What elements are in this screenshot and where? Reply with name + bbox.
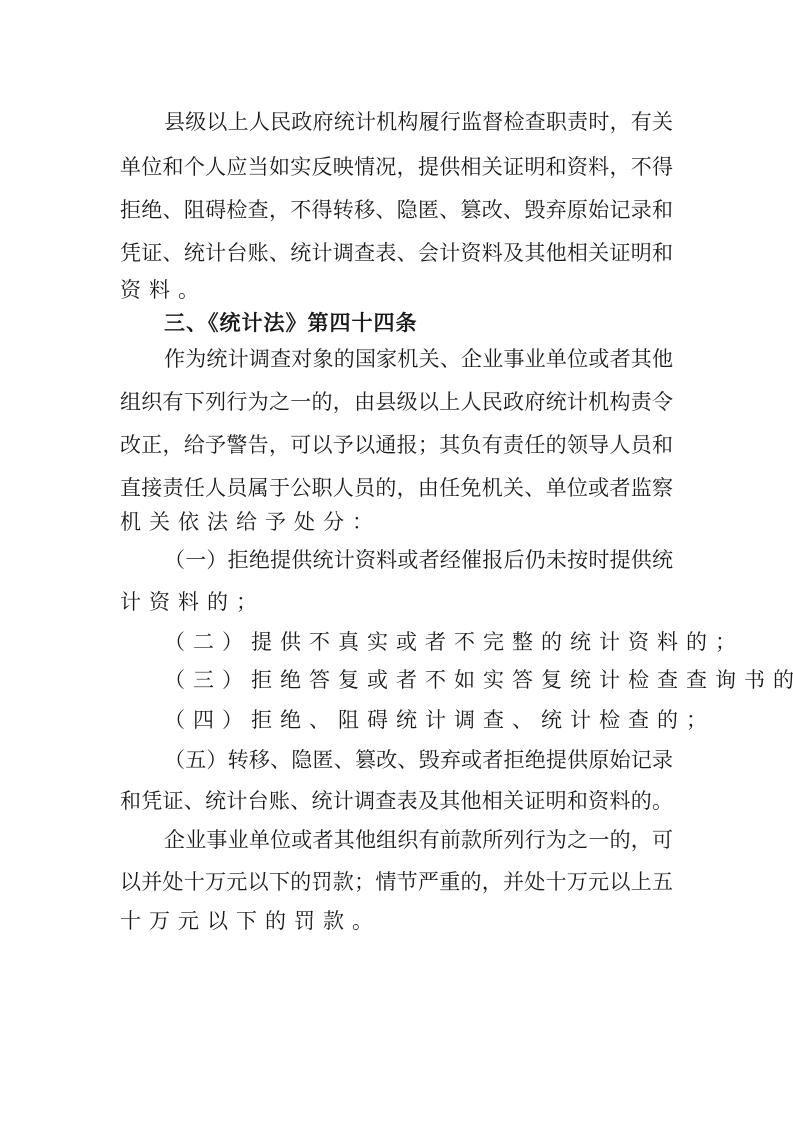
paragraph-line: 组织有下列行为之一的，由县级以上人民政府统计机构责令 xyxy=(120,387,673,417)
list-item-line: 计资料的； xyxy=(120,587,673,617)
document-page: 县级以上人民政府统计机构履行监督检查职责时，有关 单位和个人应当如实反映情况，提… xyxy=(0,0,793,1122)
list-item-line: （一）拒绝提供统计资料或者经催报后仍未按时提供统 xyxy=(164,545,673,575)
paragraph-line: 作为统计调查对象的国家机关、企业事业单位或者其他 xyxy=(164,344,673,374)
list-item-line: （二）提供不真实或者不完整的统计资料的； xyxy=(164,627,673,657)
paragraph-line: 资料。 xyxy=(120,275,673,305)
paragraph-line: 单位和个人应当如实反映情况，提供相关证明和资料，不得 xyxy=(120,152,673,182)
paragraph-line: 凭证、统计台账、统计调查表、会计资料及其他相关证明和 xyxy=(120,238,673,268)
paragraph-line: 直接责任人员属于公职人员的，由任免机关、单位或者监察 xyxy=(120,473,673,503)
paragraph-line: 十万元以下的罚款。 xyxy=(120,906,673,936)
list-item-line: （四）拒绝、阻碍统计调查、统计检查的； xyxy=(164,705,673,735)
paragraph-line: 改正，给予警告，可以予以通报；其负有责任的领导人员和 xyxy=(120,430,673,460)
list-item-line: （三）拒绝答复或者不如实答复统计检查查询书的； xyxy=(164,665,673,695)
list-item-line: （五）转移、隐匿、篡改、毁弃或者拒绝提供原始记录 xyxy=(164,745,673,775)
list-item-line: 和凭证、统计台账、统计调查表及其他相关证明和资料的。 xyxy=(120,786,673,816)
paragraph-line: 县级以上人民政府统计机构履行监督检查职责时，有关 xyxy=(164,107,673,137)
paragraph-line: 以并处十万元以下的罚款；情节严重的，并处十万元以上五 xyxy=(120,867,673,897)
paragraph-line: 企业事业单位或者其他组织有前款所列行为之一的，可 xyxy=(164,825,673,855)
paragraph-line: 拒绝、阻碍检查，不得转移、隐匿、篡改、毁弃原始记录和 xyxy=(120,195,673,225)
section-heading: 三、《统计法》第四十四条 xyxy=(164,308,673,338)
paragraph-line: 机关依法给予处分： xyxy=(120,507,673,537)
